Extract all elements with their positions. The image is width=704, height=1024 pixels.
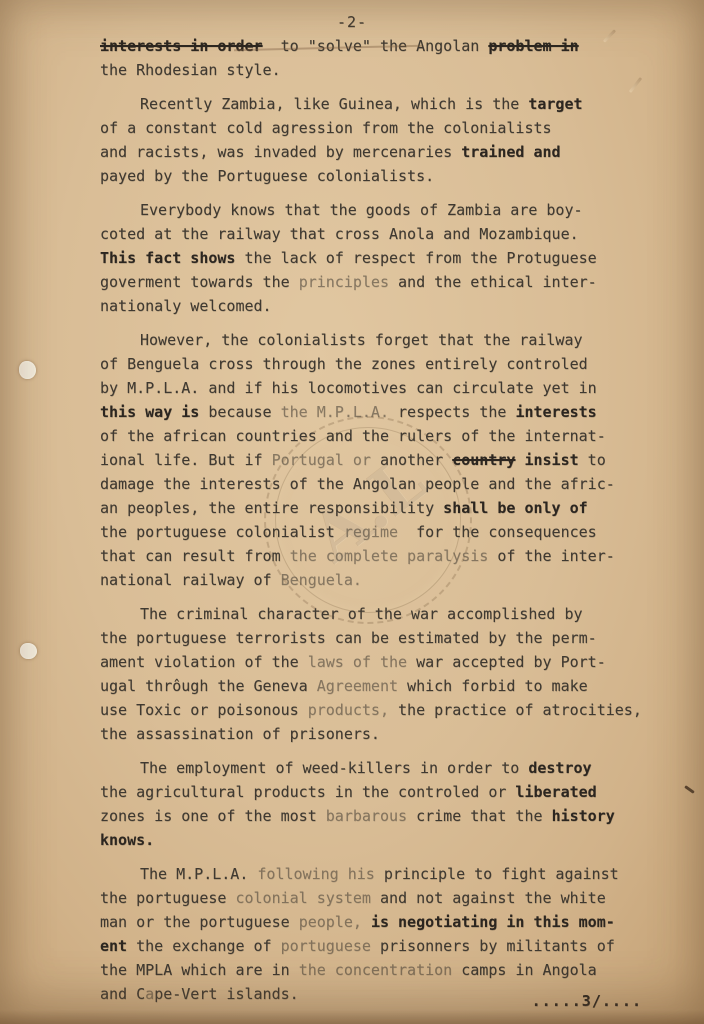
ink-mark: [684, 785, 695, 794]
pagination-mark: .....3/....: [532, 992, 642, 1010]
text-line: man or the portuguese people, is negotia…: [100, 910, 666, 934]
paper-hole: [19, 361, 36, 379]
paragraph: However, the colonialists forget that th…: [100, 328, 666, 592]
text-line: the agricultural products in the control…: [100, 780, 666, 804]
paragraph: The criminal character of the war accomp…: [100, 602, 666, 746]
text-line: of the african countries and the rulers …: [100, 424, 666, 448]
text-line: Everybody knows that the goods of Zambia…: [100, 198, 666, 222]
paragraph: Everybody knows that the goods of Zambia…: [100, 198, 666, 318]
text-line: zones is one of the most barbarous crime…: [100, 804, 666, 828]
paragraph: The M.P.L.A. following his principle to …: [100, 862, 666, 1006]
text-line: of Benguela cross through the zones enti…: [100, 352, 666, 376]
paragraph: interests in order to "solve" the Angola…: [100, 34, 666, 82]
text-line: this way is because the M.P.L.A. respect…: [100, 400, 666, 424]
text-line: of a constant cold agression from the co…: [100, 116, 666, 140]
text-line: the MPLA which are in the concentration …: [100, 958, 666, 982]
paragraph: The employment of weed-killers in order …: [100, 756, 666, 852]
text-line: However, the colonialists forget that th…: [100, 328, 666, 352]
text-line: the assassination of prisoners.: [100, 722, 666, 746]
text-line: nationaly welcomed.: [100, 294, 666, 318]
text-line: that can result from the complete paraly…: [100, 544, 666, 568]
text-line: the portuguese colonialist regime for th…: [100, 520, 666, 544]
text-line: the Rhodesian style.: [100, 58, 666, 82]
text-line: by M.P.L.A. and if his locomotives can c…: [100, 376, 666, 400]
document-body: interests in order to "solve" the Angola…: [100, 34, 666, 1006]
text-line: ional life. But if Portugal or another c…: [100, 448, 666, 472]
paragraph: Recently Zambia, like Guinea, which is t…: [100, 92, 666, 188]
text-line: knows.: [100, 828, 666, 852]
text-line: The M.P.L.A. following his principle to …: [100, 862, 666, 886]
text-line: goverment towards the principles and the…: [100, 270, 666, 294]
page-number: -2-: [0, 12, 704, 32]
text-line: national railway of Benguela.: [100, 568, 666, 592]
text-line: ament violation of the laws of the war a…: [100, 650, 666, 674]
text-line: an peoples, the entire responsibility sh…: [100, 496, 666, 520]
text-line: This fact shows the lack of respect from…: [100, 246, 666, 270]
document-page: A.L -2- interests in order to "solve" th…: [0, 0, 704, 1024]
text-line: ugal thrôugh the Geneva Agreement which …: [100, 674, 666, 698]
text-line: the portuguese terrorists can be estimat…: [100, 626, 666, 650]
text-line: coted at the railway that cross Anola an…: [100, 222, 666, 246]
text-line: The employment of weed-killers in order …: [100, 756, 666, 780]
text-line: The criminal character of the war accomp…: [100, 602, 666, 626]
text-line: Recently Zambia, like Guinea, which is t…: [100, 92, 666, 116]
text-line: payed by the Portuguese colonialists.: [100, 164, 666, 188]
text-line: the portuguese colonial system and not a…: [100, 886, 666, 910]
text-line: use Toxic or poisonous products, the pra…: [100, 698, 666, 722]
text-line: and racists, was invaded by mercenaries …: [100, 140, 666, 164]
text-line: ent the exchange of portuguese prisonner…: [100, 934, 666, 958]
text-line: damage the interests of the Angolan peop…: [100, 472, 666, 496]
paper-hole: [20, 643, 37, 659]
